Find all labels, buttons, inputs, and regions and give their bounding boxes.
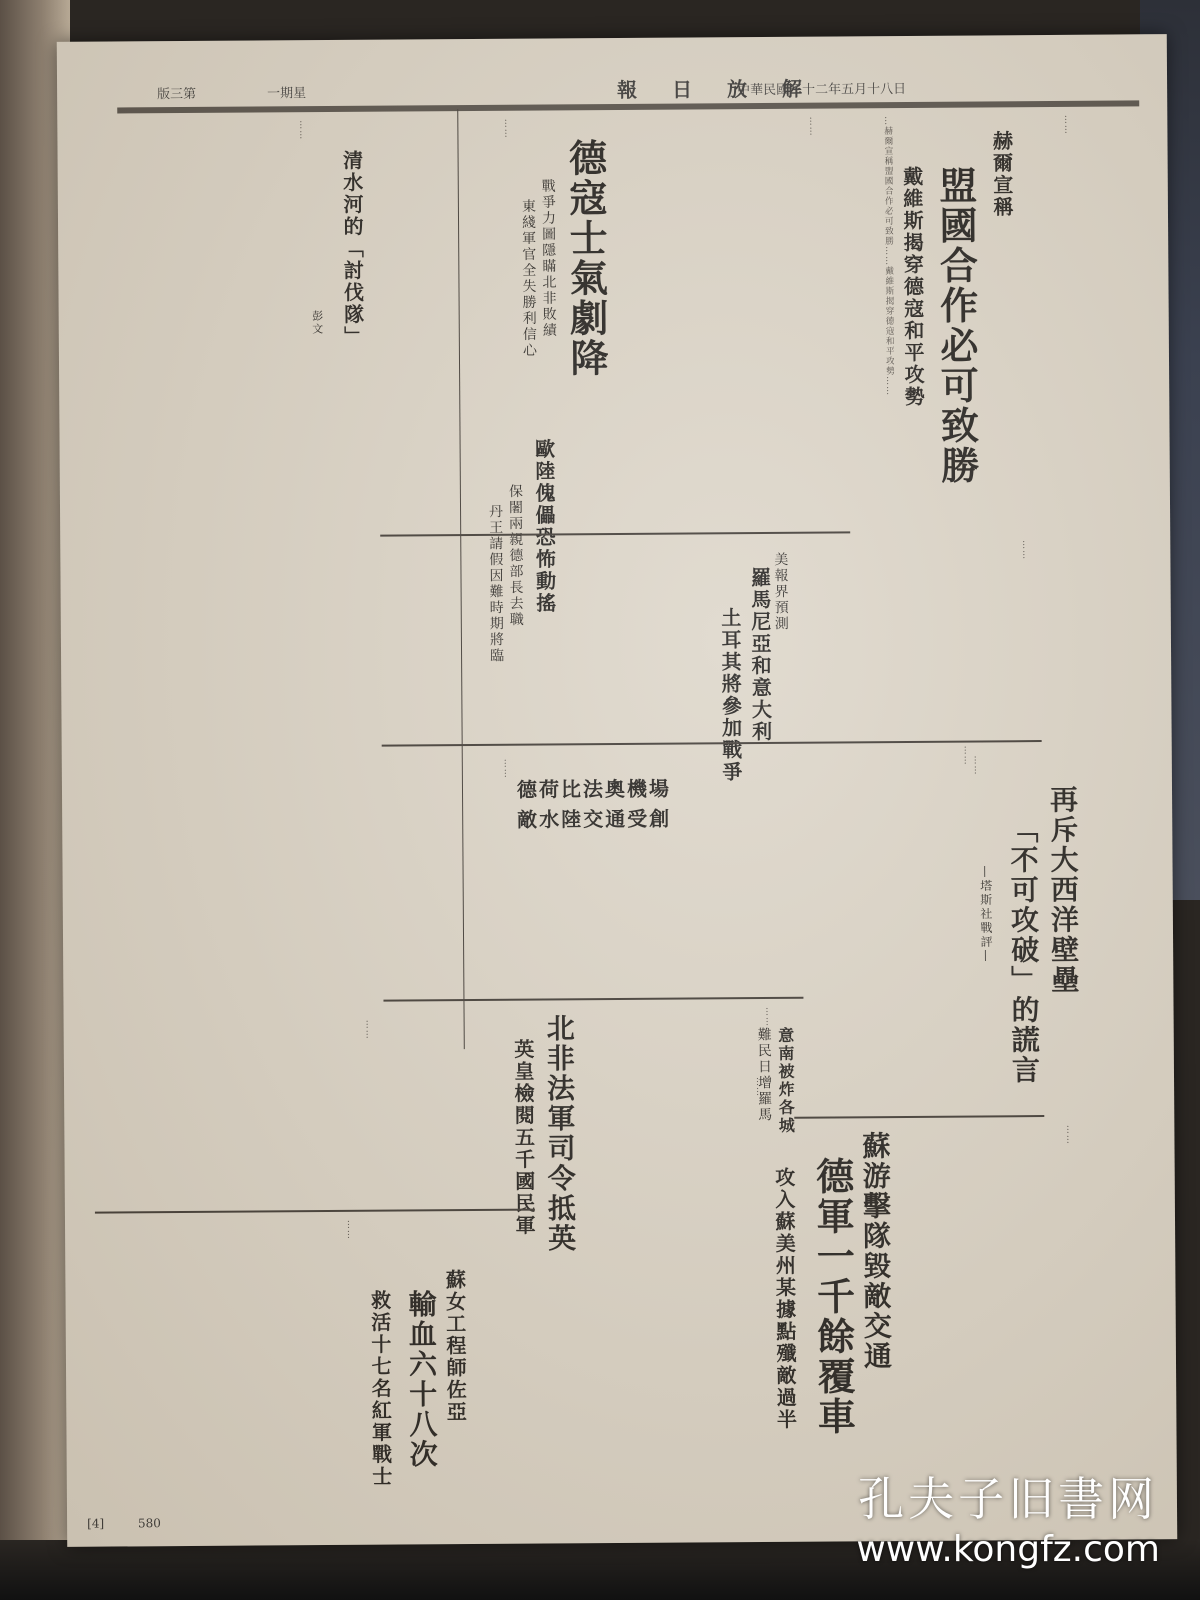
german-morale-subhead-2: 東綫軍官全失勝利信心 bbox=[518, 199, 539, 359]
north-africa-headline: 北非法軍司令抵英 bbox=[539, 1013, 581, 1253]
lowlands-body: …… bbox=[387, 759, 514, 990]
newspaper-page: 版三第 一期星 報 日 放 解 中華民國三十二年五月十八日 赫爾宣稱 盟國合作必… bbox=[57, 34, 1177, 1547]
page-marker: [4] bbox=[87, 1517, 104, 1531]
german-morale-subhead-1: 戰爭力圖隱瞞北非敗績 bbox=[538, 178, 559, 338]
engineer-headline: 輸血六十八次 bbox=[400, 1289, 441, 1469]
north-africa-subhead: 英皇檢閱五千國民軍 bbox=[509, 1039, 539, 1237]
atlantic-byline: —塔斯社戰評— bbox=[978, 865, 996, 963]
page-number: 580 bbox=[138, 1516, 161, 1530]
guerrilla-body-right: …… bbox=[924, 1125, 1076, 1426]
watermark: 孔夫子旧書网 www.kongfz.com bbox=[856, 1463, 1160, 1570]
section-rule bbox=[794, 1115, 1044, 1119]
lowlands-headline-2: 敵水陸交通受創 bbox=[517, 803, 671, 833]
balkan-headline: 歐陸傀儡恐怖動搖 bbox=[530, 438, 560, 614]
hull-subhead: 戴維斯揭穿德寇和平攻勢 bbox=[898, 166, 929, 408]
guerrilla-body: …… bbox=[584, 1077, 766, 1308]
hull-body: …赫爾宣稱盟國合作必可致勝……戴維斯揭穿德寇和平攻勢…… bbox=[822, 116, 895, 516]
section-rule bbox=[383, 997, 803, 1002]
page-label: 版三第 bbox=[157, 83, 196, 102]
hull-headline-top: 赫爾宣稱 bbox=[987, 130, 1017, 218]
issue-date: 中華民國三十二年五月十八日 bbox=[737, 78, 906, 98]
engineer-body: …… bbox=[105, 1220, 357, 1462]
atlantic-headline-1: 再斥大西洋壁壘 bbox=[1042, 785, 1083, 995]
hull-headline: 盟國合作必可致勝 bbox=[928, 165, 985, 485]
watermark-name: 孔夫子旧書网 bbox=[856, 1463, 1160, 1529]
qingshui-body: …… bbox=[97, 120, 311, 721]
balkan-subhead-2: 丹王請假因難時期將臨 bbox=[485, 504, 506, 664]
atlantic-body: …… bbox=[812, 746, 974, 1087]
watermark-url: www.kongfz.com bbox=[856, 1529, 1160, 1570]
engineer-headline-top: 蘇女工程師佐亞 bbox=[440, 1269, 470, 1423]
qingshui-headline: 清水河的「討伐隊」 bbox=[338, 150, 368, 348]
lowlands-headline-1: 德荷比法奧機場 bbox=[517, 773, 671, 803]
atlantic-headline-2: 「不可攻破」的謊言 bbox=[1002, 815, 1044, 1085]
qingshui-byline: 彭文 bbox=[309, 310, 325, 336]
hull-body-right: …… bbox=[1017, 115, 1075, 495]
guerrilla-subhead: 攻入蘇美州某據點殲敵過半 bbox=[770, 1167, 801, 1431]
balkan-subhead-1: 保闍兩親德部長去職 bbox=[505, 484, 526, 628]
misc-body: …… bbox=[104, 1020, 375, 1202]
section-rule bbox=[95, 1209, 535, 1214]
turkey-body: …… bbox=[800, 540, 1031, 747]
weekday: 一期星 bbox=[267, 82, 306, 101]
guerrilla-headline: 德軍一千餘覆車 bbox=[805, 1156, 862, 1436]
engineer-subhead: 救活十七名紅軍戰士 bbox=[365, 1290, 395, 1488]
turkey-headline-1: 羅馬尼亞和意大利 bbox=[745, 567, 775, 743]
page-footer: [4] 580 bbox=[87, 1516, 191, 1531]
german-morale-body: …… bbox=[602, 117, 820, 488]
